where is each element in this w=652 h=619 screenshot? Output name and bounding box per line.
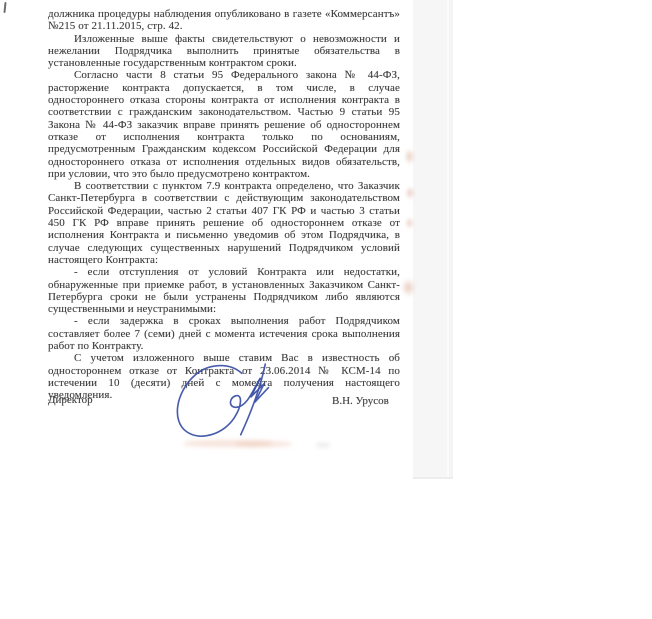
scan-artifact [404,148,415,165]
paragraph-bullet-defects: - если отступления от условий Контракта … [48,266,400,315]
document-page: должника процедуры наблюдения опубликова… [0,0,652,619]
paragraph-facts: Изложенные выше факты свидетельствуют о … [48,33,400,70]
scan-smudge [316,443,330,447]
signature-ink [166,359,296,447]
letter-body: должника процедуры наблюдения опубликова… [48,8,400,402]
scan-artifact [405,186,415,200]
signer-role-label: Директор [48,394,93,406]
paragraph-clause-7-9: В соответствии с пунктом 7.9 контракта о… [48,180,400,266]
signer-name: В.Н. Урусов [332,395,389,407]
scan-artifact [405,217,414,229]
paragraph-law-44fz: Согласно части 8 статьи 95 Федерального … [48,69,400,180]
corner-mark [3,2,6,13]
scan-edge-strip [413,0,453,479]
scan-artifact [401,278,416,297]
paragraph-continuation: должника процедуры наблюдения опубликова… [48,8,400,33]
paragraph-bullet-delay: - если задержка в сроках выполнения рабо… [48,315,400,352]
